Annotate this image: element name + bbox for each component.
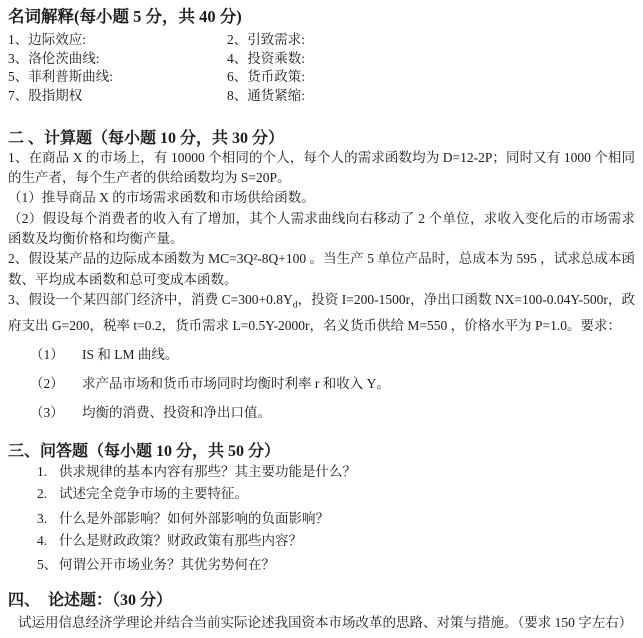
term-item-3: 3、洛伦茨曲线: [8, 50, 227, 69]
term-number: 6、 [227, 69, 247, 84]
term-label: 通货紧缩: [247, 88, 305, 103]
question-text: 什么是财政政策？财政政策有那些内容？ [59, 533, 302, 548]
section3-question-4: 4.什么是财政政策？财政政策有那些内容？ [37, 530, 635, 552]
term-item-8: 8、通货紧缩: [227, 87, 635, 106]
term-item-5: 5、菲利普斯曲线: [8, 68, 227, 87]
term-item-4: 4、投资乘数: [227, 50, 635, 69]
section2-question2: 2、假设某产品的边际成本函数为 MC=3Q²-8Q+100 。当生产 5 单位产… [8, 249, 635, 290]
section1-terms-list: 1、边际效应: 2、引致需求: 3、洛伦茨曲线: 4、投资乘数: 5、菲利普斯曲… [8, 31, 635, 106]
question-text: 什么是外部影响？如何外部影响的负面影响？ [59, 511, 329, 526]
term-item-7: 7、股指期权 [8, 87, 227, 106]
term-label: 货币政策: [247, 69, 305, 84]
section4-title: 四、 论述题：（30 分） [8, 591, 635, 610]
requirement-text: 均衡的消费、投资和净出口值。 [82, 405, 271, 420]
term-label: 股指期权 [28, 88, 82, 103]
question-text: 何谓公开市场业务？其优劣势何在？ [59, 557, 275, 572]
term-item-2: 2、引致需求: [227, 31, 635, 50]
requirement-number: （2） [30, 374, 82, 394]
question-number: 5、 [37, 554, 59, 576]
term-number: 5、 [8, 69, 28, 84]
q3-requirement-1: （1）IS 和 LM 曲线。 [30, 345, 635, 365]
section2-question1-sub2: （2）假设每个消费者的收入有了增加，其个人需求曲线向右移动了 2 个单位，求收入… [8, 209, 635, 250]
section3-question-3: 3.什么是外部影响？如何外部影响的负面影响？ [37, 508, 635, 530]
q3-text-pre: 3、假设一个某四部门经济中，消费 C=300+0.8Y [8, 292, 293, 307]
term-label: 洛伦茨曲线: [28, 51, 99, 66]
term-label: 菲利普斯曲线: [28, 69, 113, 84]
section3-question-5: 5、何谓公开市场业务？其优劣势何在？ [37, 554, 635, 576]
section3-title: 三、问答题（每小题 10 分，共 50 分） [8, 442, 635, 461]
term-label: 边际效应: [28, 32, 86, 47]
requirement-text: IS 和 LM 曲线。 [82, 347, 178, 362]
question-text: 试述完全竞争市场的主要特征。 [59, 486, 248, 501]
section2-question1-sub1: （1）推导商品 X 的市场需求函数和市场供给函数。 [8, 188, 635, 208]
term-number: 2、 [227, 32, 247, 47]
term-number: 1、 [8, 32, 28, 47]
question-number: 3. [37, 508, 59, 530]
section3-question-2: 2.试述完全竞争市场的主要特征。 [37, 483, 635, 505]
term-number: 4、 [227, 51, 247, 66]
section2-question1: 1、在商品 X 的市场上，有 10000 个相同的个人，每个人的需求函数均为 D… [8, 148, 635, 189]
section3-question-1: 1.供求规律的基本内容有那些？其主要功能是什么？ [37, 461, 635, 483]
section4-essay-prompt: 试运用信息经济学理论并结合当前实际论述我国资本市场改革的思路、对策与措施。（要求… [18, 613, 635, 633]
term-label: 投资乘数: [247, 51, 305, 66]
term-item-6: 6、货币政策: [227, 68, 635, 87]
term-label: 引致需求: [247, 32, 305, 47]
section1-title: 名词解释(每小题 5 分，共 40 分) [8, 6, 635, 28]
requirement-number: （1） [30, 345, 82, 365]
question-number: 2. [37, 483, 59, 505]
term-number: 7、 [8, 88, 28, 103]
section2-title: 二 、计算题（每小题 10 分，共 30 分） [8, 129, 635, 148]
term-item-1: 1、边际效应: [8, 31, 227, 50]
q3-requirement-3: （3）均衡的消费、投资和净出口值。 [30, 403, 635, 423]
question-text: 供求规律的基本内容有那些？其主要功能是什么？ [59, 464, 356, 479]
section2-question3: 3、假设一个某四部门经济中，消费 C=300+0.8Yd，投资 I=200-15… [8, 290, 635, 336]
term-number: 8、 [227, 88, 247, 103]
requirement-number: （3） [30, 403, 82, 423]
exam-paper-page: 名词解释(每小题 5 分，共 40 分) 1、边际效应: 2、引致需求: 3、洛… [0, 0, 643, 638]
requirement-text: 求产品市场和货币市场同时均衡时利率 r 和收入 Y。 [82, 376, 390, 391]
question-number: 4. [37, 530, 59, 552]
q3-requirement-2: （2）求产品市场和货币市场同时均衡时利率 r 和收入 Y。 [30, 374, 635, 394]
term-number: 3、 [8, 51, 28, 66]
question-number: 1. [37, 461, 59, 483]
